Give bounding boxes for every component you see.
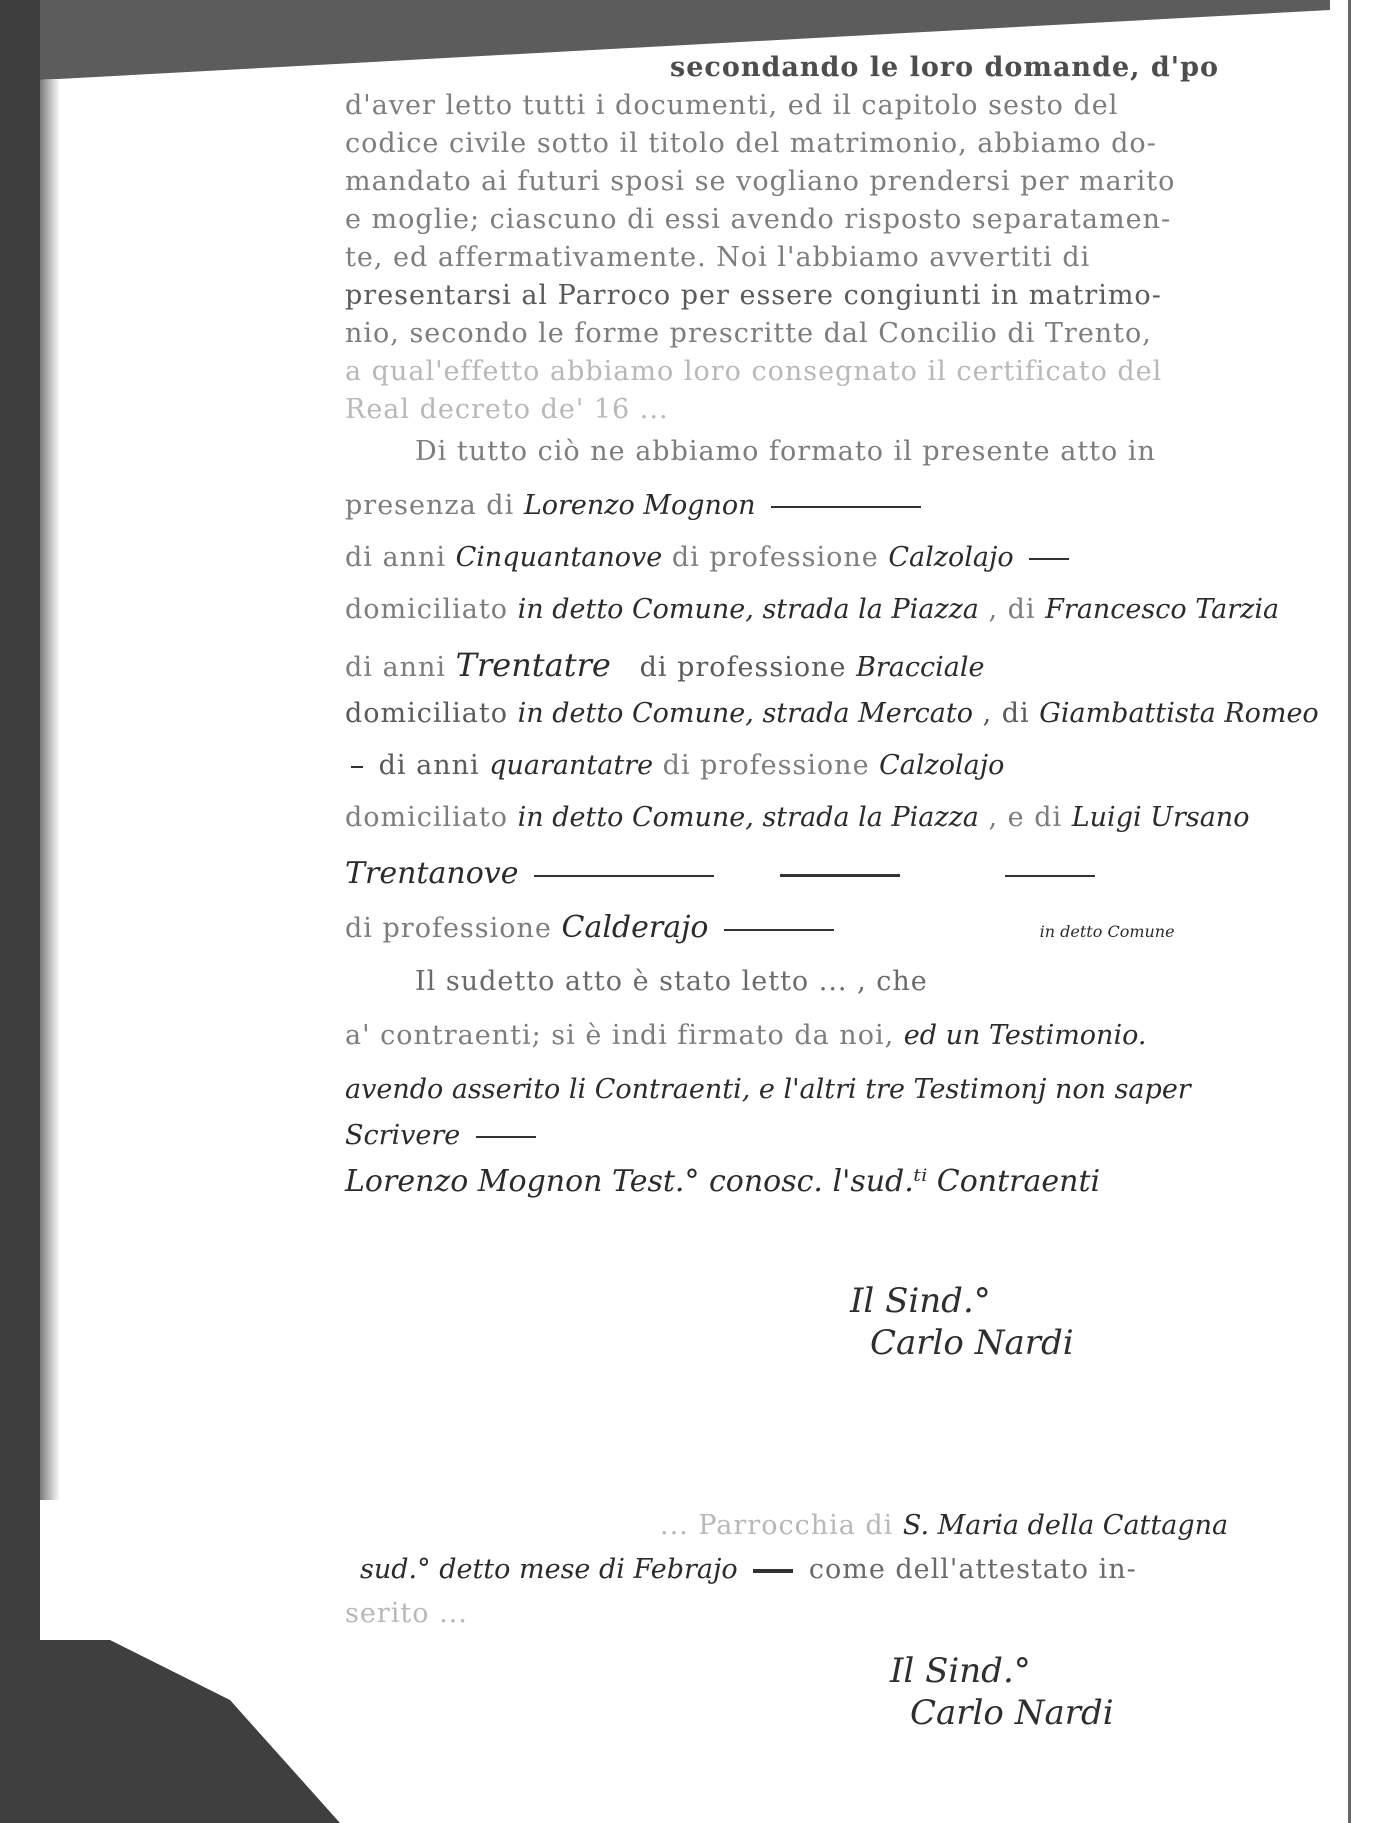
printed-line: Il sudetto atto è stato letto ... , che [415, 966, 928, 997]
closing-signing-line: a' contraenti; si è indi firmato da noi,… [345, 1020, 1146, 1051]
printed-label: di professione [640, 652, 847, 683]
page-edge-right [1348, 0, 1351, 1823]
filler-stroke [753, 1569, 793, 1573]
witness-3-age-profession: di anni quarantatre di professione Calzo… [345, 750, 1004, 781]
printed-line: Real decreto de' 16 ... [345, 394, 669, 425]
document-page: secondando le loro domande, d'po d'aver … [60, 60, 1345, 1823]
signature-title: Il Sind.° [890, 1650, 1114, 1692]
witness-3-profession: Calzolajo [879, 750, 1004, 781]
witness-4-domicile: in detto Comune [1040, 922, 1175, 941]
witness-4-age: Trentanove [345, 856, 1101, 891]
handwritten-note: Scrivere [345, 1120, 460, 1151]
witness-4-profession: Calderajo [561, 910, 708, 945]
printed-label: come dell'attestato in- [809, 1554, 1137, 1585]
witness-1-profession: Calzolajo [888, 542, 1013, 573]
printed-line: serito ... [345, 1598, 468, 1629]
footer-date-line: sud.° detto mese di Febrajo come dell'at… [360, 1554, 1137, 1585]
witness-1-domicile-witness-2: domiciliato in detto Comune, strada la P… [345, 594, 1279, 625]
witness-2-profession: Bracciale [856, 652, 984, 683]
printed-label: domiciliato [345, 594, 508, 625]
filler-stroke [771, 506, 921, 508]
printed-line: a qual'effetto abbiamo loro consegnato i… [345, 356, 1162, 387]
printed-line: mandato ai futuri sposi se vogliano pren… [345, 166, 1175, 197]
printed-line: nio, secondo le forme prescritte dal Con… [345, 318, 1152, 349]
witness-1-age: Cinquantanove [456, 542, 663, 573]
printed-label: domiciliato [345, 698, 508, 729]
printed-line: Di tutto ciò ne abbiamo formato il prese… [415, 436, 1156, 467]
printed-line: secondando le loro domande, d'po [670, 52, 1219, 83]
handwritten-scrivere-line: Scrivere [345, 1120, 542, 1151]
witness-4-age: Trentanove [345, 856, 518, 891]
witness-1-age-profession: di anni Cinquantanove di professione Cal… [345, 542, 1075, 573]
witness-2-domicile: in detto Comune, strada Mercato [518, 698, 973, 729]
handwritten-note: avendo asserito li Contraenti, e l'altri… [345, 1074, 1191, 1105]
witness-1-name: Lorenzo Mognon [524, 490, 756, 521]
filler-stroke [351, 766, 363, 768]
mayor-signature-2: Il Sind.° Carlo Nardi [890, 1650, 1114, 1734]
handwritten-note: ed un Testimonio. [904, 1020, 1147, 1051]
printed-line: presentarsi al Parroco per essere congiu… [345, 280, 1162, 311]
printed-line: te, ed affermativamente. Noi l'abbiamo a… [345, 242, 1090, 273]
filler-stroke [1029, 558, 1069, 560]
printed-label: , di [983, 698, 1030, 729]
signature-name: Carlo Nardi [850, 1322, 1074, 1364]
page-shadow-left [40, 80, 60, 1500]
witness-1-domicile: in detto Comune, strada la Piazza [518, 594, 979, 625]
witness-4-profession: di professione Calderajo in detto Comune [345, 910, 1175, 945]
witness-2-name: Francesco Tarzia [1045, 594, 1279, 625]
witness-2-age-profession: di anni Trentatre di professione Braccia… [345, 646, 985, 684]
printed-line: codice civile sotto il titolo del matrim… [345, 128, 1157, 159]
witness-3-name-part1: Giambattista Romeo [1039, 698, 1318, 729]
printed-label: di anni [345, 652, 446, 683]
witness-1-presence: presenza di Lorenzo Mognon [345, 490, 927, 521]
filler-stroke [724, 929, 834, 931]
mayor-signature-1: Il Sind.° Carlo Nardi [850, 1280, 1074, 1364]
printed-line: d'aver letto tutti i documenti, ed il ca… [345, 90, 1118, 121]
parish-name: S. Maria della Cattagna [903, 1510, 1228, 1541]
witness-3-domicile: in detto Comune, strada la Piazza [518, 802, 979, 833]
witness-3-domicile-witness-4: domiciliato in detto Comune, strada la P… [345, 802, 1249, 833]
signature-title: Il Sind.° [850, 1280, 1074, 1322]
filler-stroke [1005, 875, 1095, 877]
printed-label: a' contraenti; si è indi firmato da noi, [345, 1020, 894, 1051]
witness-attestation: Lorenzo Mognon Test.° conosc. l'sud.ᵗⁱ C… [345, 1164, 1100, 1199]
witness-3-age: quarantatre [489, 750, 653, 781]
scan-border-left [0, 0, 40, 1823]
witness-2-domicile-witness-3: domiciliato in detto Comune, strada Merc… [345, 698, 1319, 729]
printed-label: di professione [663, 750, 870, 781]
witness-4-name: Luigi Ursano [1072, 802, 1250, 833]
filler-stroke [534, 875, 714, 877]
printed-label: di professione [672, 542, 879, 573]
filler-stroke [780, 874, 900, 877]
printed-label: ... Parrocchia di [660, 1510, 893, 1541]
printed-label: di professione [345, 913, 552, 944]
witness-2-age: Trentatre [456, 646, 611, 684]
footer-date: sud.° detto mese di Febrajo [360, 1554, 738, 1585]
printed-label: , e di [988, 802, 1062, 833]
printed-label: di anni [345, 542, 446, 573]
printed-label: , di [988, 594, 1035, 625]
printed-label: presenza di [345, 490, 514, 521]
footer-parish-line: ... Parrocchia di S. Maria della Cattagn… [660, 1510, 1228, 1541]
printed-label: domiciliato [345, 802, 508, 833]
signature-name: Carlo Nardi [890, 1692, 1114, 1734]
filler-stroke [476, 1136, 536, 1138]
printed-label: di anni [379, 750, 480, 781]
printed-line: e moglie; ciascuno di essi avendo rispos… [345, 204, 1171, 235]
